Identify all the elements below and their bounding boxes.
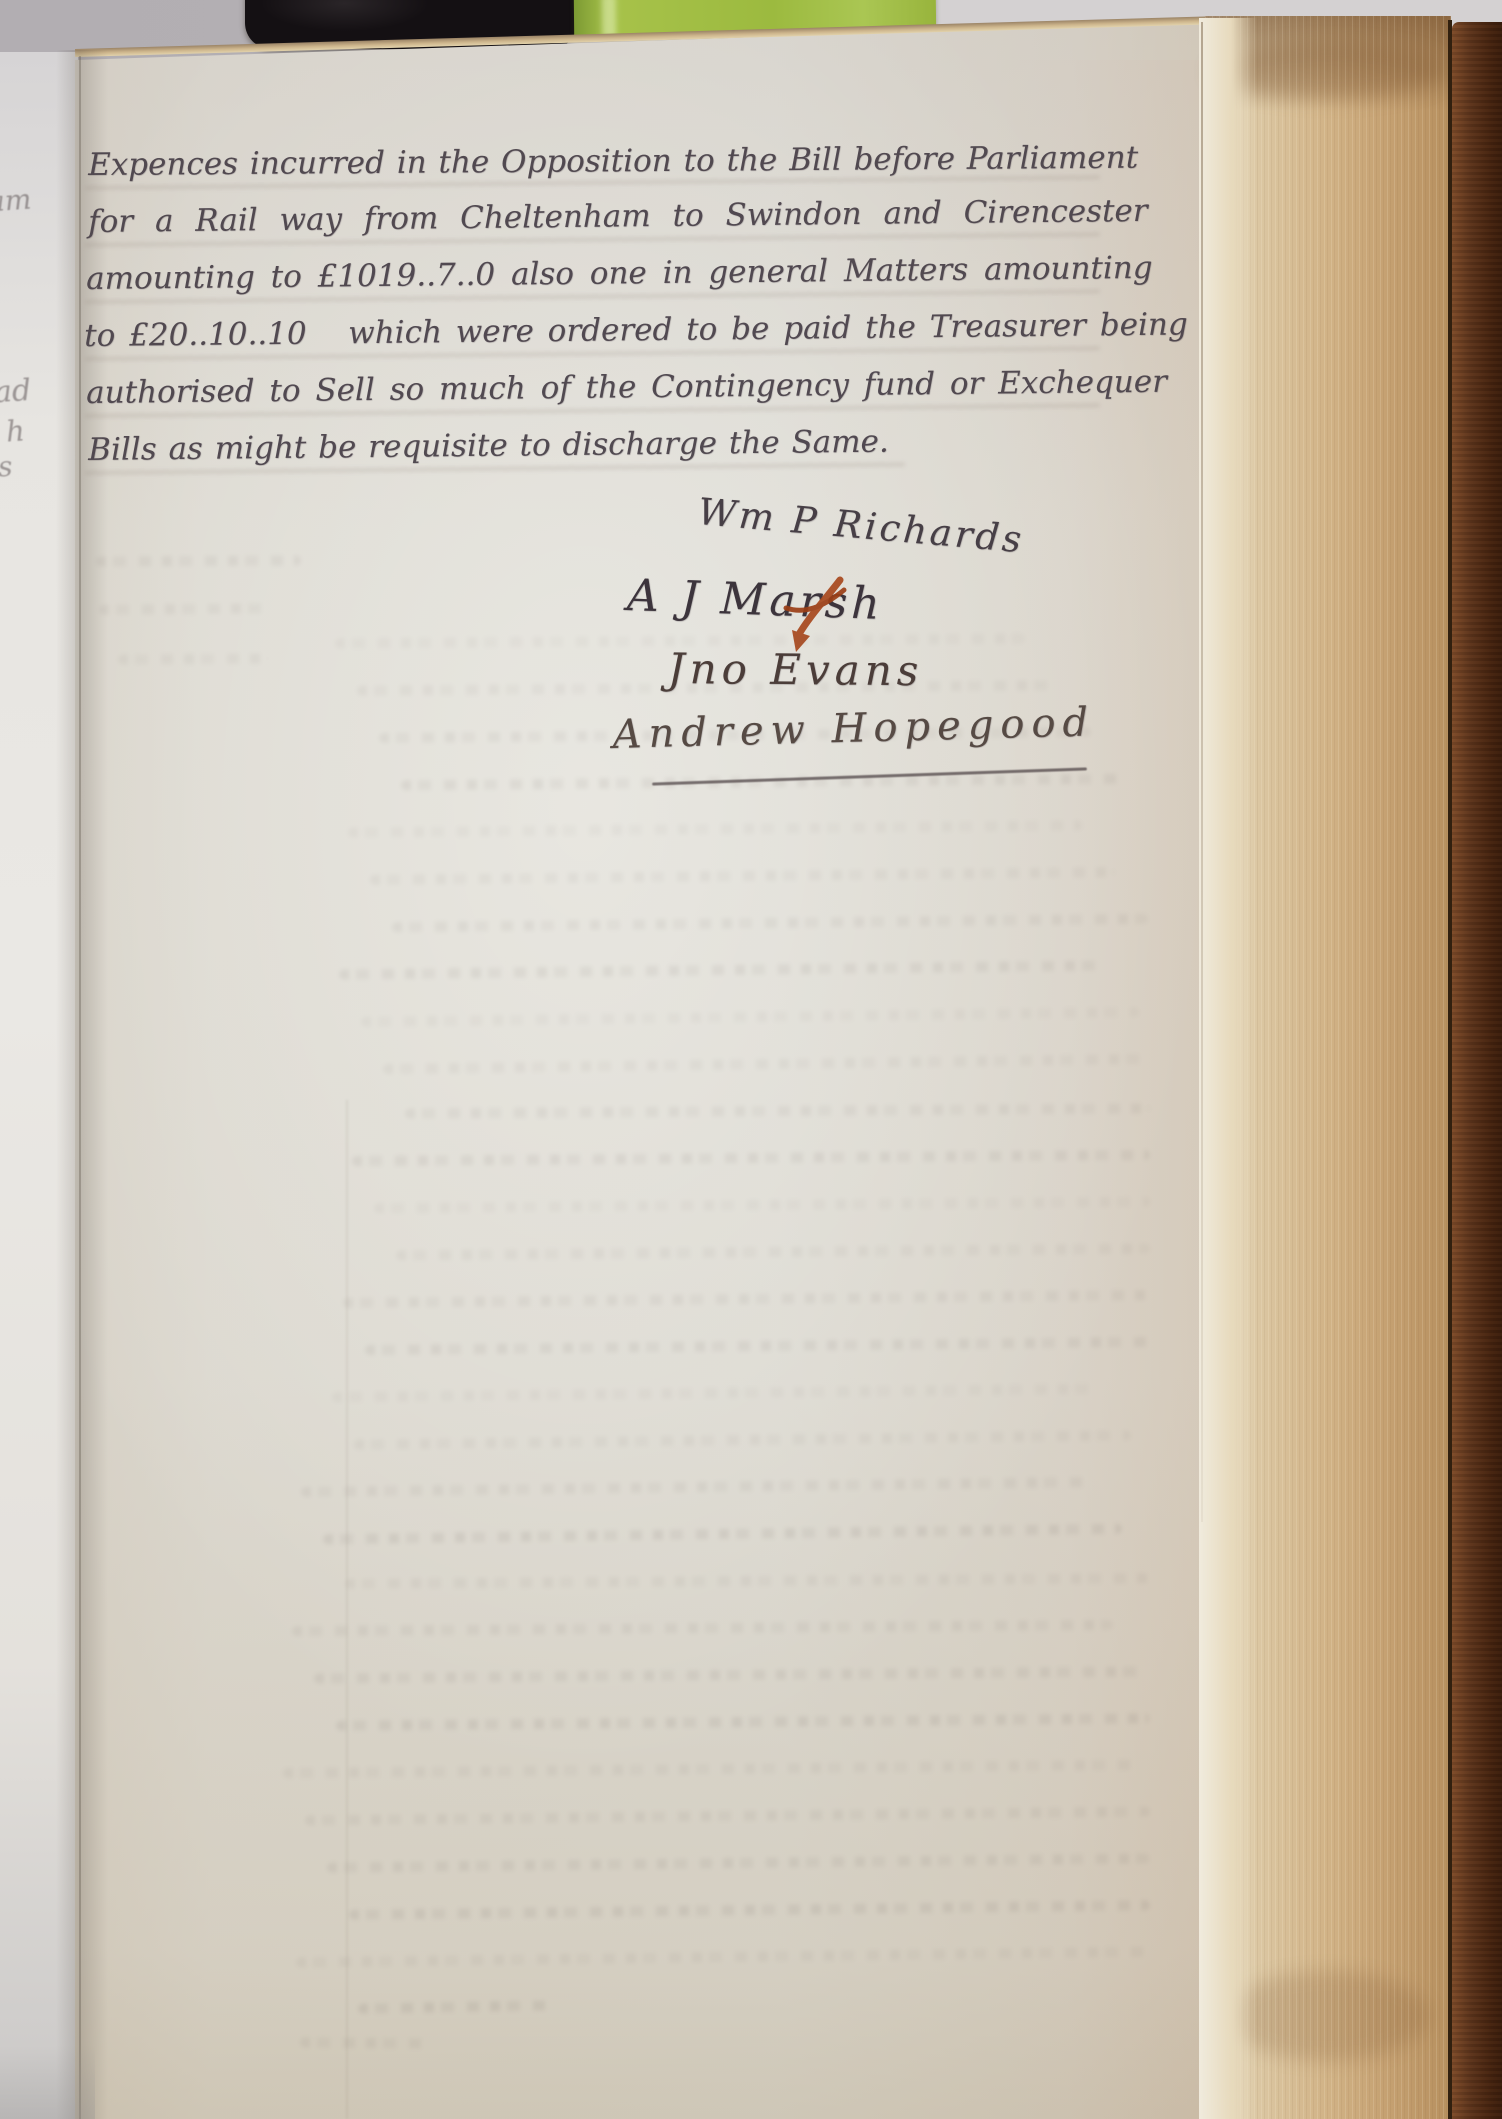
red-ink-mark — [778, 574, 858, 658]
photo-of-manuscript-page: am ad h s Expences incurred in the Oppos… — [0, 0, 1502, 2119]
leather-cover-edge — [1452, 22, 1502, 2119]
show-through-line — [118, 653, 268, 664]
margin-ink-fragment: ad — [0, 373, 32, 411]
show-through-line — [99, 603, 274, 615]
gutter-line — [79, 56, 81, 2119]
green-object-highlight — [602, 0, 616, 38]
margin-ink-fragment: am — [0, 183, 32, 219]
page-edge-line — [1201, 22, 1203, 1522]
margin-ink-fragment: h — [5, 413, 26, 448]
manuscript-line-1: Expences incurred in the Opposition to t… — [88, 140, 1138, 183]
show-through-line — [300, 2037, 430, 2048]
page-edge-curl — [1199, 18, 1257, 2119]
show-through-line — [96, 555, 301, 566]
bottom-shadow — [0, 2045, 95, 2119]
margin-ink-fragment: s — [0, 450, 14, 484]
